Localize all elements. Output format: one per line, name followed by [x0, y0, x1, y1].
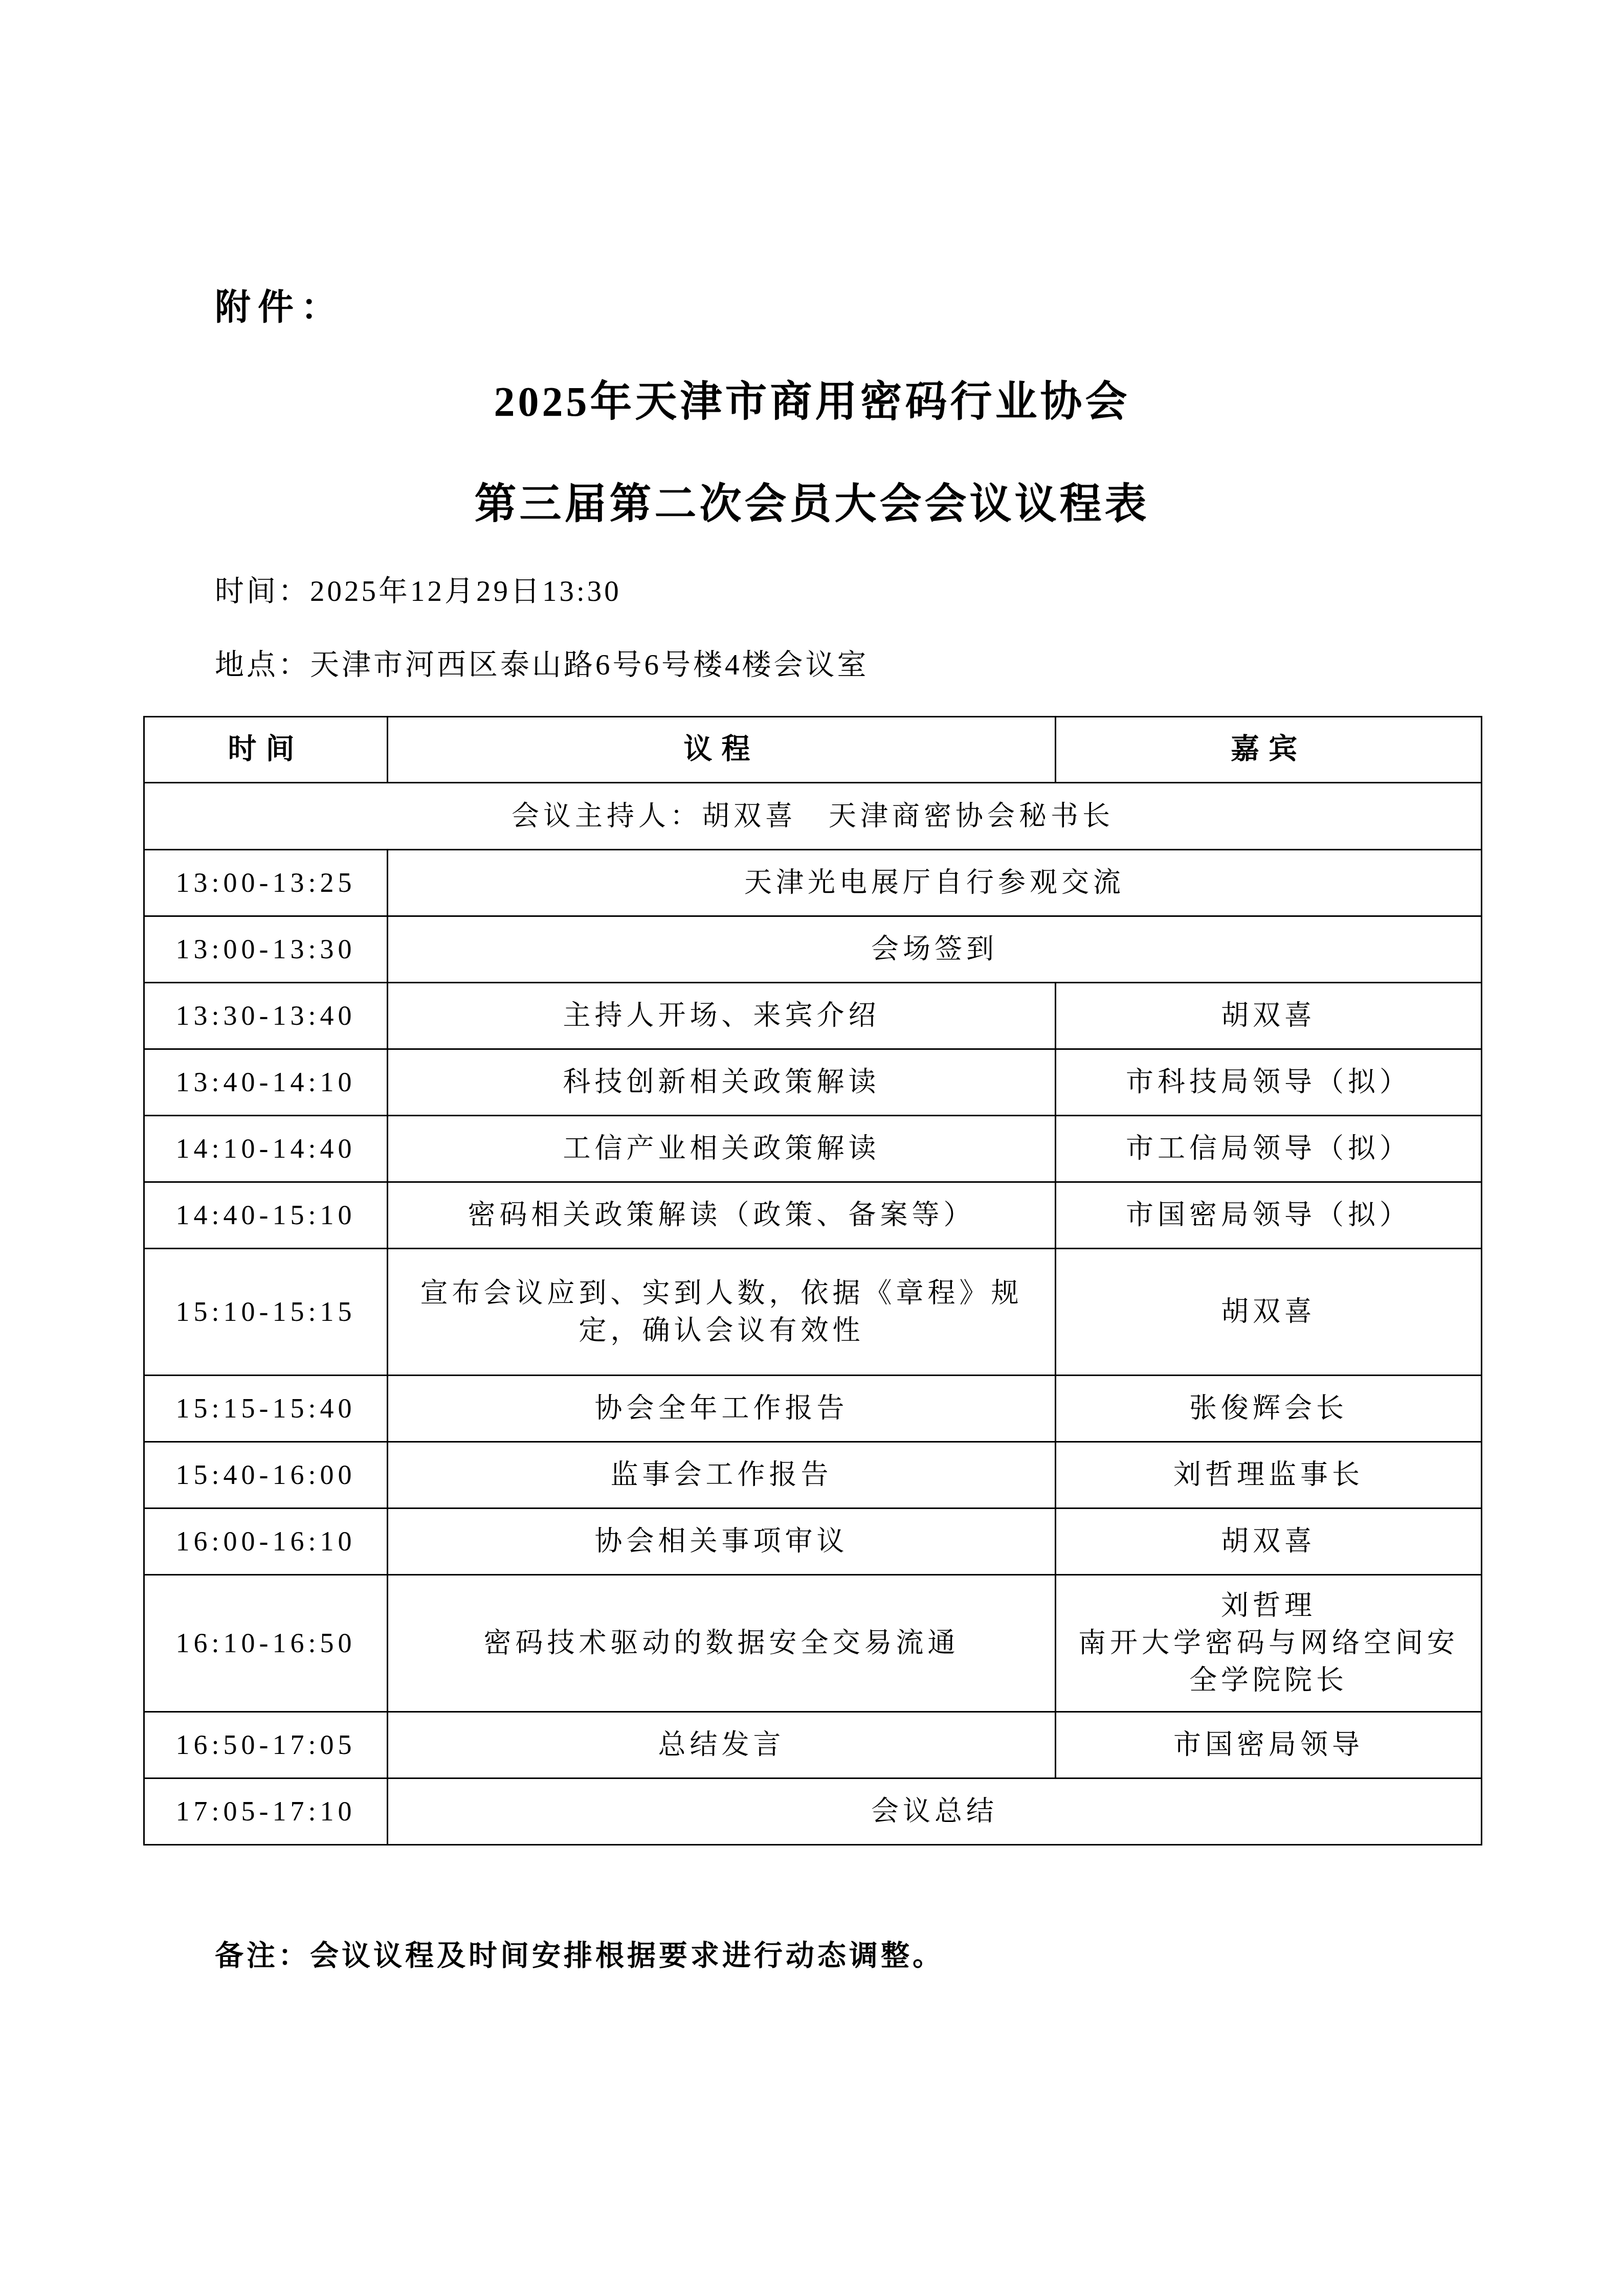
guest-cell: 刘哲理 南开大学密码与网络空间安全学院院长 [1056, 1575, 1482, 1712]
guest-cell: 胡双喜 [1056, 1249, 1482, 1376]
guest-cell: 胡双喜 [1056, 983, 1482, 1049]
guest-cell: 市国密局领导 [1056, 1712, 1482, 1779]
agenda-cell: 密码相关政策解读（政策、备案等） [388, 1182, 1056, 1249]
table-row: 17:05-17:10会议总结 [144, 1779, 1482, 1845]
doc-title-line1: 2025年天津市商用密码行业协会 [0, 368, 1624, 428]
table-row: 13:40-14:10科技创新相关政策解读市科技局领导（拟） [144, 1049, 1482, 1116]
agenda-cell: 宣布会议应到、实到人数，依据《章程》规定，确认会议有效性 [388, 1249, 1056, 1376]
table-row: 15:40-16:00监事会工作报告刘哲理监事长 [144, 1442, 1482, 1509]
time-cell: 15:10-15:15 [144, 1249, 388, 1376]
guest-cell: 张俊辉会长 [1056, 1376, 1482, 1442]
time-cell: 15:40-16:00 [144, 1442, 388, 1509]
table-row: 13:30-13:40主持人开场、来宾介绍胡双喜 [144, 983, 1482, 1049]
guest-cell: 刘哲理监事长 [1056, 1442, 1482, 1509]
agenda-table: 时间议程嘉宾 会议主持人：胡双喜 天津商密协会秘书长13:00-13:25天津光… [143, 716, 1482, 1845]
column-header: 议程 [388, 717, 1056, 783]
meeting-time-line: 时间：2025年12月29日13:30 [215, 568, 621, 610]
time-cell: 16:10-16:50 [144, 1575, 388, 1712]
time-cell: 17:05-17:10 [144, 1779, 388, 1845]
document-page: 附件： 2025年天津市商用密码行业协会 第三届第二次会员大会会议议程表 时间：… [0, 0, 1624, 2296]
table-row: 16:50-17:05总结发言市国密局领导 [144, 1712, 1482, 1779]
agenda-cell: 协会全年工作报告 [388, 1376, 1056, 1442]
header-row: 时间议程嘉宾 [144, 717, 1482, 783]
guest-cell: 市工信局领导（拟） [1056, 1116, 1482, 1182]
guest-cell: 胡双喜 [1056, 1509, 1482, 1575]
agenda-cell: 会场签到 [388, 916, 1482, 983]
moderator-row: 会议主持人：胡双喜 天津商密协会秘书长 [144, 783, 1482, 850]
table-row: 14:40-15:10密码相关政策解读（政策、备案等）市国密局领导（拟） [144, 1182, 1482, 1249]
agenda-cell: 天津光电展厅自行参观交流 [388, 850, 1482, 916]
attachment-label: 附件： [215, 279, 344, 330]
time-cell: 14:10-14:40 [144, 1116, 388, 1182]
agenda-cell: 科技创新相关政策解读 [388, 1049, 1056, 1116]
time-cell: 13:00-13:25 [144, 850, 388, 916]
agenda-cell: 总结发言 [388, 1712, 1056, 1779]
table-row: 14:10-14:40工信产业相关政策解读市工信局领导（拟） [144, 1116, 1482, 1182]
table-row: 15:10-15:15宣布会议应到、实到人数，依据《章程》规定，确认会议有效性胡… [144, 1249, 1482, 1376]
time-cell: 14:40-15:10 [144, 1182, 388, 1249]
agenda-cell: 协会相关事项审议 [388, 1509, 1056, 1575]
table-row: 15:15-15:40协会全年工作报告张俊辉会长 [144, 1376, 1482, 1442]
time-cell: 16:50-17:05 [144, 1712, 388, 1779]
agenda-cell: 监事会工作报告 [388, 1442, 1056, 1509]
time-cell: 13:40-14:10 [144, 1049, 388, 1116]
note-line: 备注：会议议程及时间安排根据要求进行动态调整。 [215, 1933, 944, 1974]
guest-cell: 市科技局领导（拟） [1056, 1049, 1482, 1116]
agenda-cell: 主持人开场、来宾介绍 [388, 983, 1056, 1049]
moderator-cell: 会议主持人：胡双喜 天津商密协会秘书长 [144, 783, 1482, 850]
meeting-location-line: 地点：天津市河西区泰山路6号6号楼4楼会议室 [215, 641, 869, 683]
guest-cell: 市国密局领导（拟） [1056, 1182, 1482, 1249]
table-row: 13:00-13:30会场签到 [144, 916, 1482, 983]
time-cell: 13:00-13:30 [144, 916, 388, 983]
column-header: 时间 [144, 717, 388, 783]
table-row: 16:00-16:10协会相关事项审议胡双喜 [144, 1509, 1482, 1575]
agenda-cell: 会议总结 [388, 1779, 1482, 1845]
time-cell: 15:15-15:40 [144, 1376, 388, 1442]
time-cell: 13:30-13:40 [144, 983, 388, 1049]
column-header: 嘉宾 [1056, 717, 1482, 783]
agenda-cell: 密码技术驱动的数据安全交易流通 [388, 1575, 1056, 1712]
agenda-cell: 工信产业相关政策解读 [388, 1116, 1056, 1182]
time-cell: 16:00-16:10 [144, 1509, 388, 1575]
agenda-table-body: 会议主持人：胡双喜 天津商密协会秘书长13:00-13:25天津光电展厅自行参观… [144, 783, 1482, 1845]
doc-title-line2: 第三届第二次会员大会会议议程表 [0, 470, 1624, 530]
agenda-table-head: 时间议程嘉宾 [144, 717, 1482, 783]
table-row: 16:10-16:50密码技术驱动的数据安全交易流通刘哲理 南开大学密码与网络空… [144, 1575, 1482, 1712]
table-row: 13:00-13:25天津光电展厅自行参观交流 [144, 850, 1482, 916]
